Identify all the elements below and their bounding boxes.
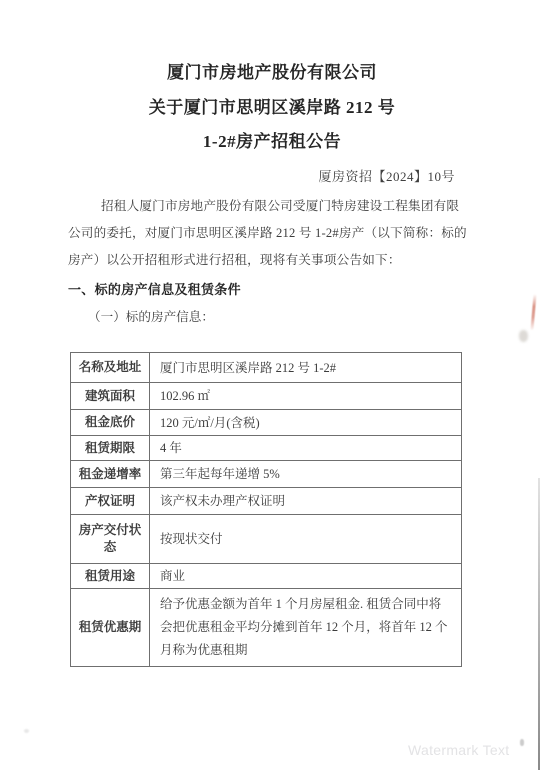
paragraph-line: 公司的委托，对厦门市思明区溪岸路 212 号 1-2#房产（以下简称：标的 <box>68 220 468 247</box>
table-row: 租赁用途商业 <box>71 564 462 589</box>
row-label: 产权证明 <box>71 488 150 515</box>
row-value: 厦门市思明区溪岸路 212 号 1-2# <box>150 353 462 383</box>
row-value: 120 元/㎡/月(含税) <box>150 410 462 436</box>
watermark-text: Watermark Text <box>408 742 509 758</box>
row-value: 按现状交付 <box>150 515 462 564</box>
row-label: 名称及地址 <box>71 353 150 383</box>
scan-speck <box>520 739 524 746</box>
table-row: 产权证明该产权未办理产权证明 <box>71 488 462 515</box>
row-value: 该产权未办理产权证明 <box>150 488 462 515</box>
table-row: 房产交付状态按现状交付 <box>71 515 462 564</box>
paragraph-line: 招租人厦门市房地产股份有限公司受厦门特房建设工程集团有限 <box>68 193 468 220</box>
section-heading: 一、标的房产信息及租赁条件 <box>68 276 241 303</box>
table-row: 租赁期限4 年 <box>71 436 462 461</box>
row-label: 租赁优惠期 <box>71 589 150 667</box>
property-info-table: 名称及地址厦门市思明区溪岸路 212 号 1-2#建筑面积102.96 ㎡租金底… <box>70 352 462 667</box>
intro-paragraph: 招租人厦门市房地产股份有限公司受厦门特房建设工程集团有限 公司的委托，对厦门市思… <box>68 193 468 274</box>
title-line-3: 1-2#房产招租公告 <box>0 125 544 160</box>
scan-smudge <box>519 330 528 342</box>
row-label: 房产交付状态 <box>71 515 150 564</box>
document-title: 厦门市房地产股份有限公司 关于厦门市思明区溪岸路 212 号 1-2#房产招租公… <box>0 56 544 160</box>
row-value: 商业 <box>150 564 462 589</box>
row-value: 给予优惠金额为首年 1 个月房屋租金. 租赁合同中将会把优惠租金平均分摊到首年 … <box>150 589 462 667</box>
row-value: 第三年起每年递增 5% <box>150 461 462 488</box>
row-label: 租赁用途 <box>71 564 150 589</box>
row-value: 102.96 ㎡ <box>150 383 462 410</box>
scan-speck <box>24 729 29 733</box>
property-table-body: 名称及地址厦门市思明区溪岸路 212 号 1-2#建筑面积102.96 ㎡租金底… <box>71 353 462 667</box>
table-row: 名称及地址厦门市思明区溪岸路 212 号 1-2# <box>71 353 462 383</box>
row-label: 租金底价 <box>71 410 150 436</box>
page-edge-line <box>538 478 540 770</box>
row-label: 租赁期限 <box>71 436 150 461</box>
table-row: 租金递增率第三年起每年递增 5% <box>71 461 462 488</box>
table-row: 建筑面积102.96 ㎡ <box>71 383 462 410</box>
table-row: 租赁优惠期给予优惠金额为首年 1 个月房屋租金. 租赁合同中将会把优惠租金平均分… <box>71 589 462 667</box>
row-value: 4 年 <box>150 436 462 461</box>
red-ink-mark <box>530 294 536 330</box>
row-label: 建筑面积 <box>71 383 150 410</box>
row-label: 租金递增率 <box>71 461 150 488</box>
document-page: 厦门市房地产股份有限公司 关于厦门市思明区溪岸路 212 号 1-2#房产招租公… <box>0 0 544 770</box>
table-row: 租金底价120 元/㎡/月(含税) <box>71 410 462 436</box>
paragraph-line: 房产）以公开招租形式进行招租，现将有关事项公告如下： <box>68 247 468 274</box>
document-reference-number: 厦房资招【2024】10号 <box>318 166 455 185</box>
subsection-heading: （一）标的房产信息： <box>88 304 214 331</box>
title-line-2: 关于厦门市思明区溪岸路 212 号 <box>0 91 544 126</box>
title-line-1: 厦门市房地产股份有限公司 <box>0 56 544 91</box>
